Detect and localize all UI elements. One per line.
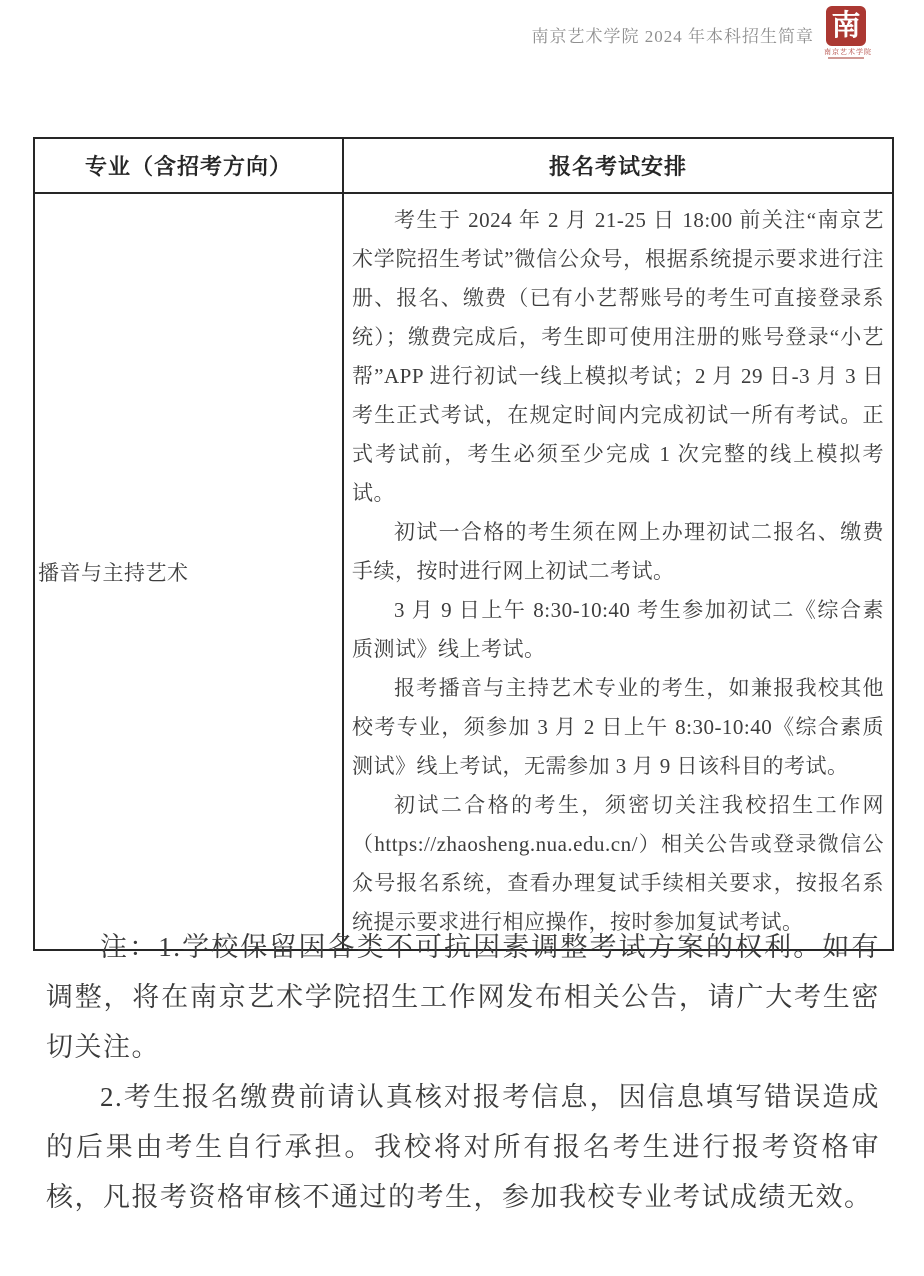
arrangement-paragraph-4: 报考播音与主持艺术专业的考生，如兼报我校其他校考专业，须参加 3 月 2 日上午… [352, 669, 884, 786]
arrangement-paragraph-2: 初试一合格的考生须在网上办理初试二报名、缴费手续，按时进行网上初试二考试。 [352, 513, 884, 591]
arrangement-cell: 考生于 2024 年 2 月 21-25 日 18:00 前关注“南京艺术学院招… [343, 193, 893, 950]
seal-caption: 南京艺术学院 [824, 48, 868, 56]
major-name-cell: 播音与主持艺术 [34, 193, 343, 950]
document-header: 南京艺术学院 2024 年本科招生简章 南 南京艺术学院 [532, 6, 869, 59]
table-row: 播音与主持艺术 考生于 2024 年 2 月 21-25 日 18:00 前关注… [34, 193, 893, 950]
seal-glyph: 南 [831, 12, 860, 41]
arrangement-paragraph-3: 3 月 9 日上午 8:30-10:40 考生参加初试二《综合素质测试》线上考试… [352, 591, 884, 669]
arrangement-paragraph-5: 初试二合格的考生，须密切关注我校招生工作网（https://zhaosheng.… [352, 786, 884, 942]
column-header-arrangement: 报名考试安排 [343, 138, 893, 193]
table-header-row: 专业（含招考方向） 报名考试安排 [34, 138, 893, 193]
arrangement-paragraph-1: 考生于 2024 年 2 月 21-25 日 18:00 前关注“南京艺术学院招… [352, 201, 884, 513]
header-title: 南京艺术学院 2024 年本科招生简章 [532, 22, 815, 47]
university-seal-icon: 南 [826, 6, 866, 46]
university-logo: 南 南京艺术学院 [824, 6, 868, 59]
document-page: 南京艺术学院 2024 年本科招生简章 南 南京艺术学院 专业（含招考方向） 报… [0, 0, 924, 1276]
exam-schedule-table: 专业（含招考方向） 报名考试安排 播音与主持艺术 考生于 2024 年 2 月 … [33, 137, 894, 951]
seal-caption-underline [828, 57, 864, 59]
note-1: 注：1.学校保留因各类不可抗因素调整考试方案的权利。如有调整，将在南京艺术学院招… [46, 922, 880, 1072]
notes-section: 注：1.学校保留因各类不可抗因素调整考试方案的权利。如有调整，将在南京艺术学院招… [46, 922, 880, 1222]
column-header-major: 专业（含招考方向） [34, 138, 343, 193]
note-2: 2.考生报名缴费前请认真核对报考信息，因信息填写错误造成的后果由考生自行承担。我… [46, 1072, 880, 1222]
